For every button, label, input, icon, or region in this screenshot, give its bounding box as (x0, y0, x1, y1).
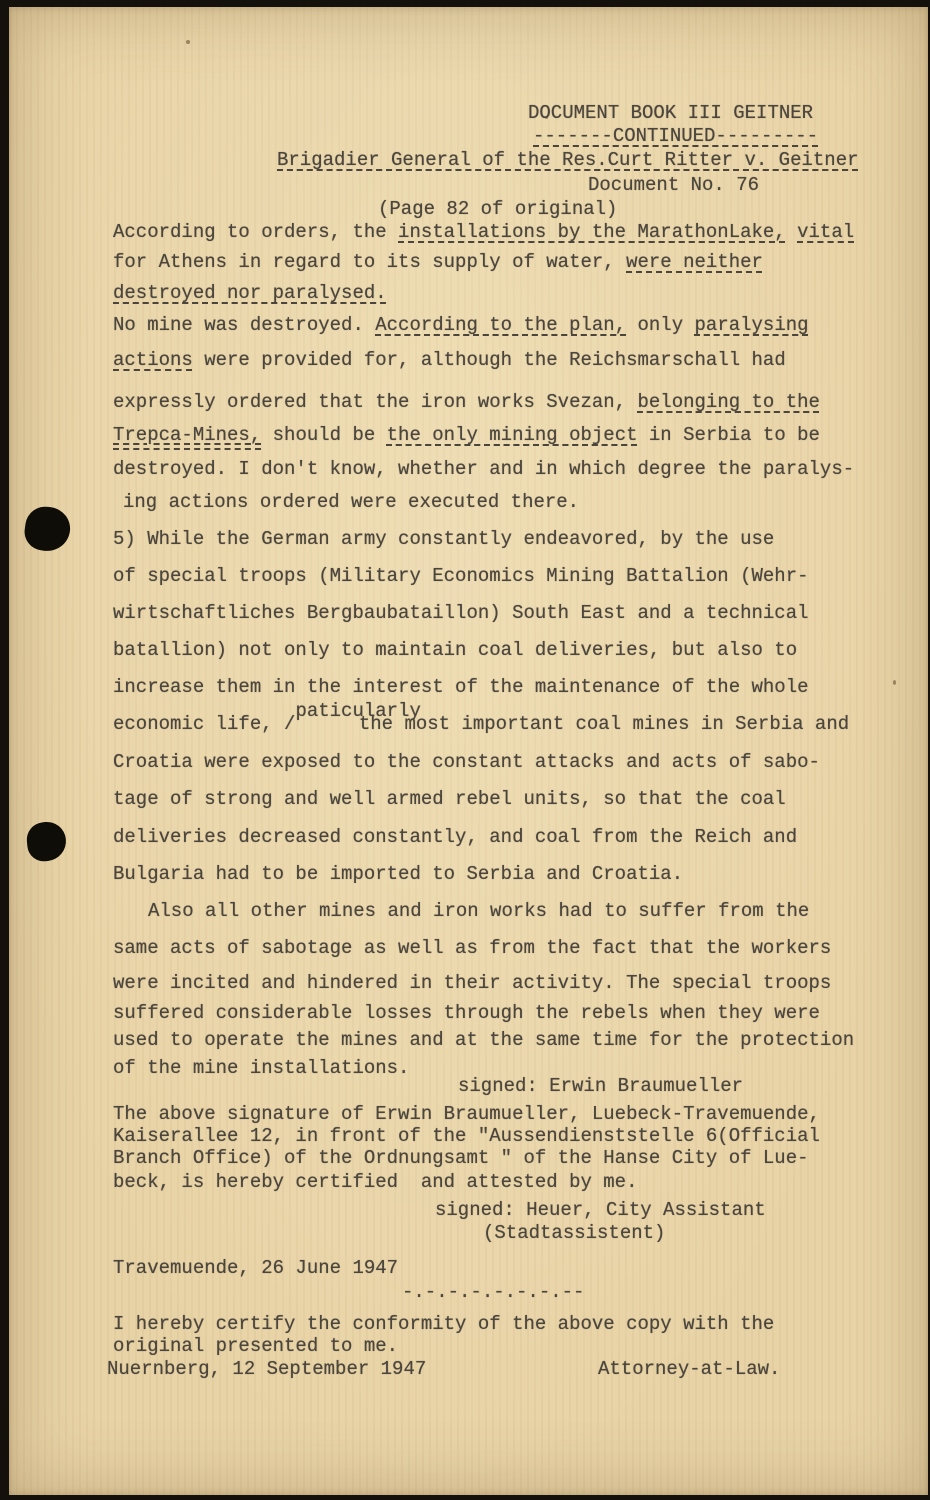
text-segment: paralysing (695, 314, 809, 336)
text-segment: No mine was destroyed. (113, 314, 375, 336)
text-segment: Bulgaria had to be imported to Serbia an… (113, 863, 683, 885)
attribution-line: Brigadier General of the Res.Curt Ritter… (277, 148, 859, 172)
text-segment: Nuernberg, 12 September 1947 (107, 1358, 426, 1380)
body-line: for Athens in regard to its supply of wa… (113, 250, 763, 274)
text-segment: Branch Office) of the Ordnungsamt " of t… (113, 1147, 809, 1169)
certification-line: Kaiserallee 12, in front of the "Aussend… (113, 1124, 820, 1148)
date-line-travemuende: Travemuende, 26 June 1947 (113, 1256, 398, 1280)
text-segment: Croatia were exposed to the constant att… (113, 751, 820, 773)
body-line: Also all other mines and iron works had … (148, 899, 809, 923)
text-segment: ing actions ordered were executed there. (123, 491, 579, 513)
text-segment: signed: Heuer, City Assistant (435, 1199, 766, 1221)
text-segment: (Page 82 of original) (378, 198, 617, 220)
text-segment: According to the plan, (375, 314, 626, 336)
text-segment: belonging to the (638, 391, 820, 413)
body-line: destroyed. I don't know, whether and in … (113, 457, 854, 481)
text-segment: vital (797, 221, 854, 243)
text-segment: economic life, / (113, 713, 295, 735)
text-segment: -.-.-.-.-.-.-.-- (402, 1281, 584, 1303)
text-segment: in Serbia to be (638, 424, 820, 446)
body-line: actions were provided for, although the … (113, 348, 786, 372)
scanned-document-page: DOCUMENT BOOK III GEITNER-------CONTINUE… (0, 0, 930, 1500)
body-line: wirtschaftliches Bergbaubataillon) South… (113, 601, 809, 625)
body-line: economic life, /paticularlythe most impo… (113, 712, 849, 736)
body-line: No mine was destroyed. According to the … (113, 313, 809, 337)
text-segment: Brigadier General of the Res.Curt Ritter… (277, 149, 859, 171)
text-segment: batallion) not only to maintain coal del… (113, 639, 797, 661)
body-line: Trepca-Mines, should be the only mining … (113, 423, 820, 447)
text-segment: (Stadtassistent) (483, 1222, 665, 1244)
text-segment: destroyed nor paralysed. (113, 282, 387, 304)
text-segment: same acts of sabotage as well as from th… (113, 937, 831, 959)
body-line: tage of strong and well armed rebel unit… (113, 787, 786, 811)
body-line: of the mine installations. (113, 1056, 409, 1080)
text-segment: According to orders, the (113, 221, 398, 243)
document-number: Document No. 76 (588, 173, 759, 197)
text-segment: 5) While the German army constantly ende… (113, 528, 774, 550)
text-segment: should be (261, 424, 386, 446)
text-segment: actions (113, 349, 193, 371)
body-line: destroyed nor paralysed. (113, 281, 387, 305)
certification-line: original presented to me. (113, 1334, 398, 1358)
text-segment: signed: Erwin Braumueller (458, 1075, 743, 1097)
certification-line: Branch Office) of the Ordnungsamt " of t… (113, 1146, 809, 1170)
text-segment: beck, is hereby certified and attested b… (113, 1171, 638, 1193)
text-segment: were provided for, although the Reichsma… (193, 349, 786, 371)
body-line: of special troops (Military Economics Mi… (113, 564, 809, 588)
body-line: batallion) not only to maintain coal del… (113, 638, 797, 662)
page-reference: (Page 82 of original) (378, 197, 617, 221)
signature-braumueller: signed: Erwin Braumueller (458, 1074, 743, 1098)
body-line: expressly ordered that the iron works Sv… (113, 390, 820, 414)
text-segment: of special troops (Military Economics Mi… (113, 565, 809, 587)
body-line: Bulgaria had to be imported to Serbia an… (113, 862, 683, 886)
text-segment (786, 221, 797, 243)
doc-book-title: DOCUMENT BOOK III GEITNER (528, 101, 813, 125)
text-segment: deliveries decreased constantly, and coa… (113, 826, 797, 848)
text-layer: DOCUMENT BOOK III GEITNER-------CONTINUE… (0, 0, 930, 1500)
text-segment: used to operate the mines and at the sam… (113, 1029, 854, 1051)
text-segment: -------CONTINUED--------- (533, 125, 818, 147)
body-line: 5) While the German army constantly ende… (113, 527, 774, 551)
text-segment: Trepca-Mines, (113, 424, 261, 450)
text-segment: the only mining object (387, 424, 638, 446)
text-segment: Document No. 76 (588, 174, 759, 196)
text-segment: Kaiserallee 12, in front of the "Aussend… (113, 1125, 820, 1147)
text-segment: I hereby certify the conformity of the a… (113, 1313, 774, 1335)
text-segment: for Athens in regard to its supply of wa… (113, 251, 626, 273)
signature-heuer: signed: Heuer, City Assistant (435, 1198, 766, 1222)
text-segment: only (626, 314, 694, 336)
text-segment: The above signature of Erwin Braumueller… (113, 1103, 820, 1125)
body-line: suffered considerable losses through the… (113, 1001, 820, 1025)
body-line: deliveries decreased constantly, and coa… (113, 825, 797, 849)
signature-heuer-title: (Stadtassistent) (483, 1221, 665, 1245)
text-segment: the most important coal mines in Serbia … (359, 713, 849, 735)
text-segment: DOCUMENT BOOK III GEITNER (528, 102, 813, 124)
separator-line: -.-.-.-.-.-.-.-- (402, 1280, 584, 1304)
text-segment: tage of strong and well armed rebel unit… (113, 788, 786, 810)
certification-line: I hereby certify the conformity of the a… (113, 1312, 774, 1336)
text-segment: were neither (626, 251, 763, 273)
text-segment: wirtschaftliches Bergbaubataillon) South… (113, 602, 809, 624)
text-segment: Also all other mines and iron works had … (148, 900, 809, 922)
date-line-nuernberg: Nuernberg, 12 September 1947 (107, 1357, 426, 1381)
certification-line: beck, is hereby certified and attested b… (113, 1170, 638, 1194)
body-line: According to orders, the installations b… (113, 220, 854, 244)
text-segment: destroyed. I don't know, whether and in … (113, 458, 854, 480)
body-line: increase them in the interest of the mai… (113, 675, 809, 699)
text-segment: expressly ordered that the iron works Sv… (113, 391, 638, 413)
text-segment: of the mine installations. (113, 1057, 409, 1079)
text-segment: suffered considerable losses through the… (113, 1002, 820, 1024)
body-line: were incited and hindered in their activ… (113, 971, 831, 995)
body-line: used to operate the mines and at the sam… (113, 1028, 854, 1052)
text-segment: were incited and hindered in their activ… (113, 972, 831, 994)
inserted-word: paticularly (295, 699, 420, 723)
text-segment: increase them in the interest of the mai… (113, 676, 809, 698)
certification-line: The above signature of Erwin Braumueller… (113, 1102, 820, 1126)
text-segment: Attorney-at-Law. (598, 1358, 780, 1380)
continued-line: -------CONTINUED--------- (533, 124, 818, 148)
attorney-line: Attorney-at-Law. (598, 1357, 780, 1381)
text-segment: installations by the MarathonLake, (398, 221, 786, 243)
body-line: same acts of sabotage as well as from th… (113, 936, 831, 960)
body-line: ing actions ordered were executed there. (123, 490, 579, 514)
text-segment: original presented to me. (113, 1335, 398, 1357)
text-segment: Travemuende, 26 June 1947 (113, 1257, 398, 1279)
body-line: Croatia were exposed to the constant att… (113, 750, 820, 774)
